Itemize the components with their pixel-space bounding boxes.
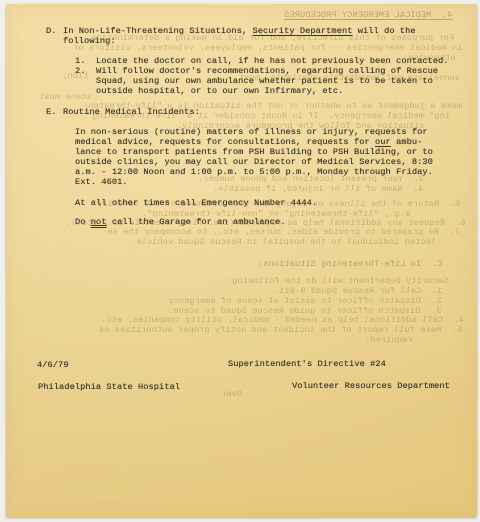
underlined-text: Security Department — [252, 26, 352, 36]
emergency-number-line: At all other times call Emergency Number… — [75, 198, 317, 208]
text-segment: Do — [75, 217, 91, 227]
text-line: In non-serious (routine) matters of illn… — [75, 127, 433, 137]
garage-warning-line: Do not call the Garage for an ambulance. — [75, 217, 286, 227]
item-d-heading: In Non-Life-Threatening Situations, Secu… — [63, 26, 416, 46]
text-line: outside hospital, or to our own Infirmar… — [75, 86, 449, 96]
scanned-document-page: 4. MEDICAL EMERGENCY PROCEDURESFor purpo… — [0, 0, 480, 522]
item-d-numbered-list: 1. Locate the doctor on call, if he has … — [75, 56, 449, 96]
footer-organization: Philadelphia State Hospital — [38, 382, 180, 392]
footer-directive-title: Superintendent's Directive #24 — [228, 359, 386, 369]
text-line: medical advice, requests for consultatio… — [75, 137, 433, 147]
text-line: outside clinics, you may call our Direct… — [75, 157, 433, 167]
underlined-text: not — [91, 217, 107, 227]
footer-department: Volunteer Resources Department — [292, 381, 450, 391]
text-segment: a.m. - 12:00 Noon and 1:00 p.m. to 5:00 … — [75, 167, 433, 177]
document-content: D. In Non-Life-Threatening Situations, S… — [0, 0, 480, 522]
item-e-label: E. — [46, 107, 57, 117]
item-d-label: D. — [46, 26, 57, 36]
text-line: 1. Locate the doctor on call, if he has … — [75, 56, 449, 66]
underlined-text: our — [375, 137, 391, 147]
text-segment: following: — [63, 36, 116, 46]
text-line: lance to transport patients from PSH Bui… — [75, 147, 433, 157]
text-segment: will do the — [353, 26, 416, 36]
text-line: In Non-Life-Threatening Situations, Secu… — [63, 26, 416, 36]
text-line: Ext. 4601. — [75, 177, 433, 187]
text-line: Squad, using our own ambulance whether p… — [75, 76, 449, 86]
text-segment: lance to transport patients from PSH Bui… — [75, 147, 433, 157]
text-line: following: — [63, 36, 416, 46]
text-segment: Ext. 4601. — [75, 177, 128, 187]
item-e-heading: Routine Medical Incidents: — [63, 107, 200, 117]
text-segment: In Non-Life-Threatening Situations, — [63, 26, 252, 36]
item-e-paragraph: In non-serious (routine) matters of illn… — [75, 127, 433, 187]
text-line: a.m. - 12:00 Noon and 1:00 p.m. to 5:00 … — [75, 167, 433, 177]
text-segment: outside clinics, you may call our Direct… — [75, 157, 433, 167]
text-segment: call the Garage for an ambulance. — [107, 217, 286, 227]
text-segment: ambu- — [391, 137, 423, 147]
text-segment: In non-serious (routine) matters of illn… — [75, 127, 428, 137]
text-segment: medical advice, requests for consultatio… — [75, 137, 375, 147]
footer-date: 4/6/79 — [37, 360, 69, 370]
text-line: 2. Will follow doctor's recommendations,… — [75, 66, 449, 76]
